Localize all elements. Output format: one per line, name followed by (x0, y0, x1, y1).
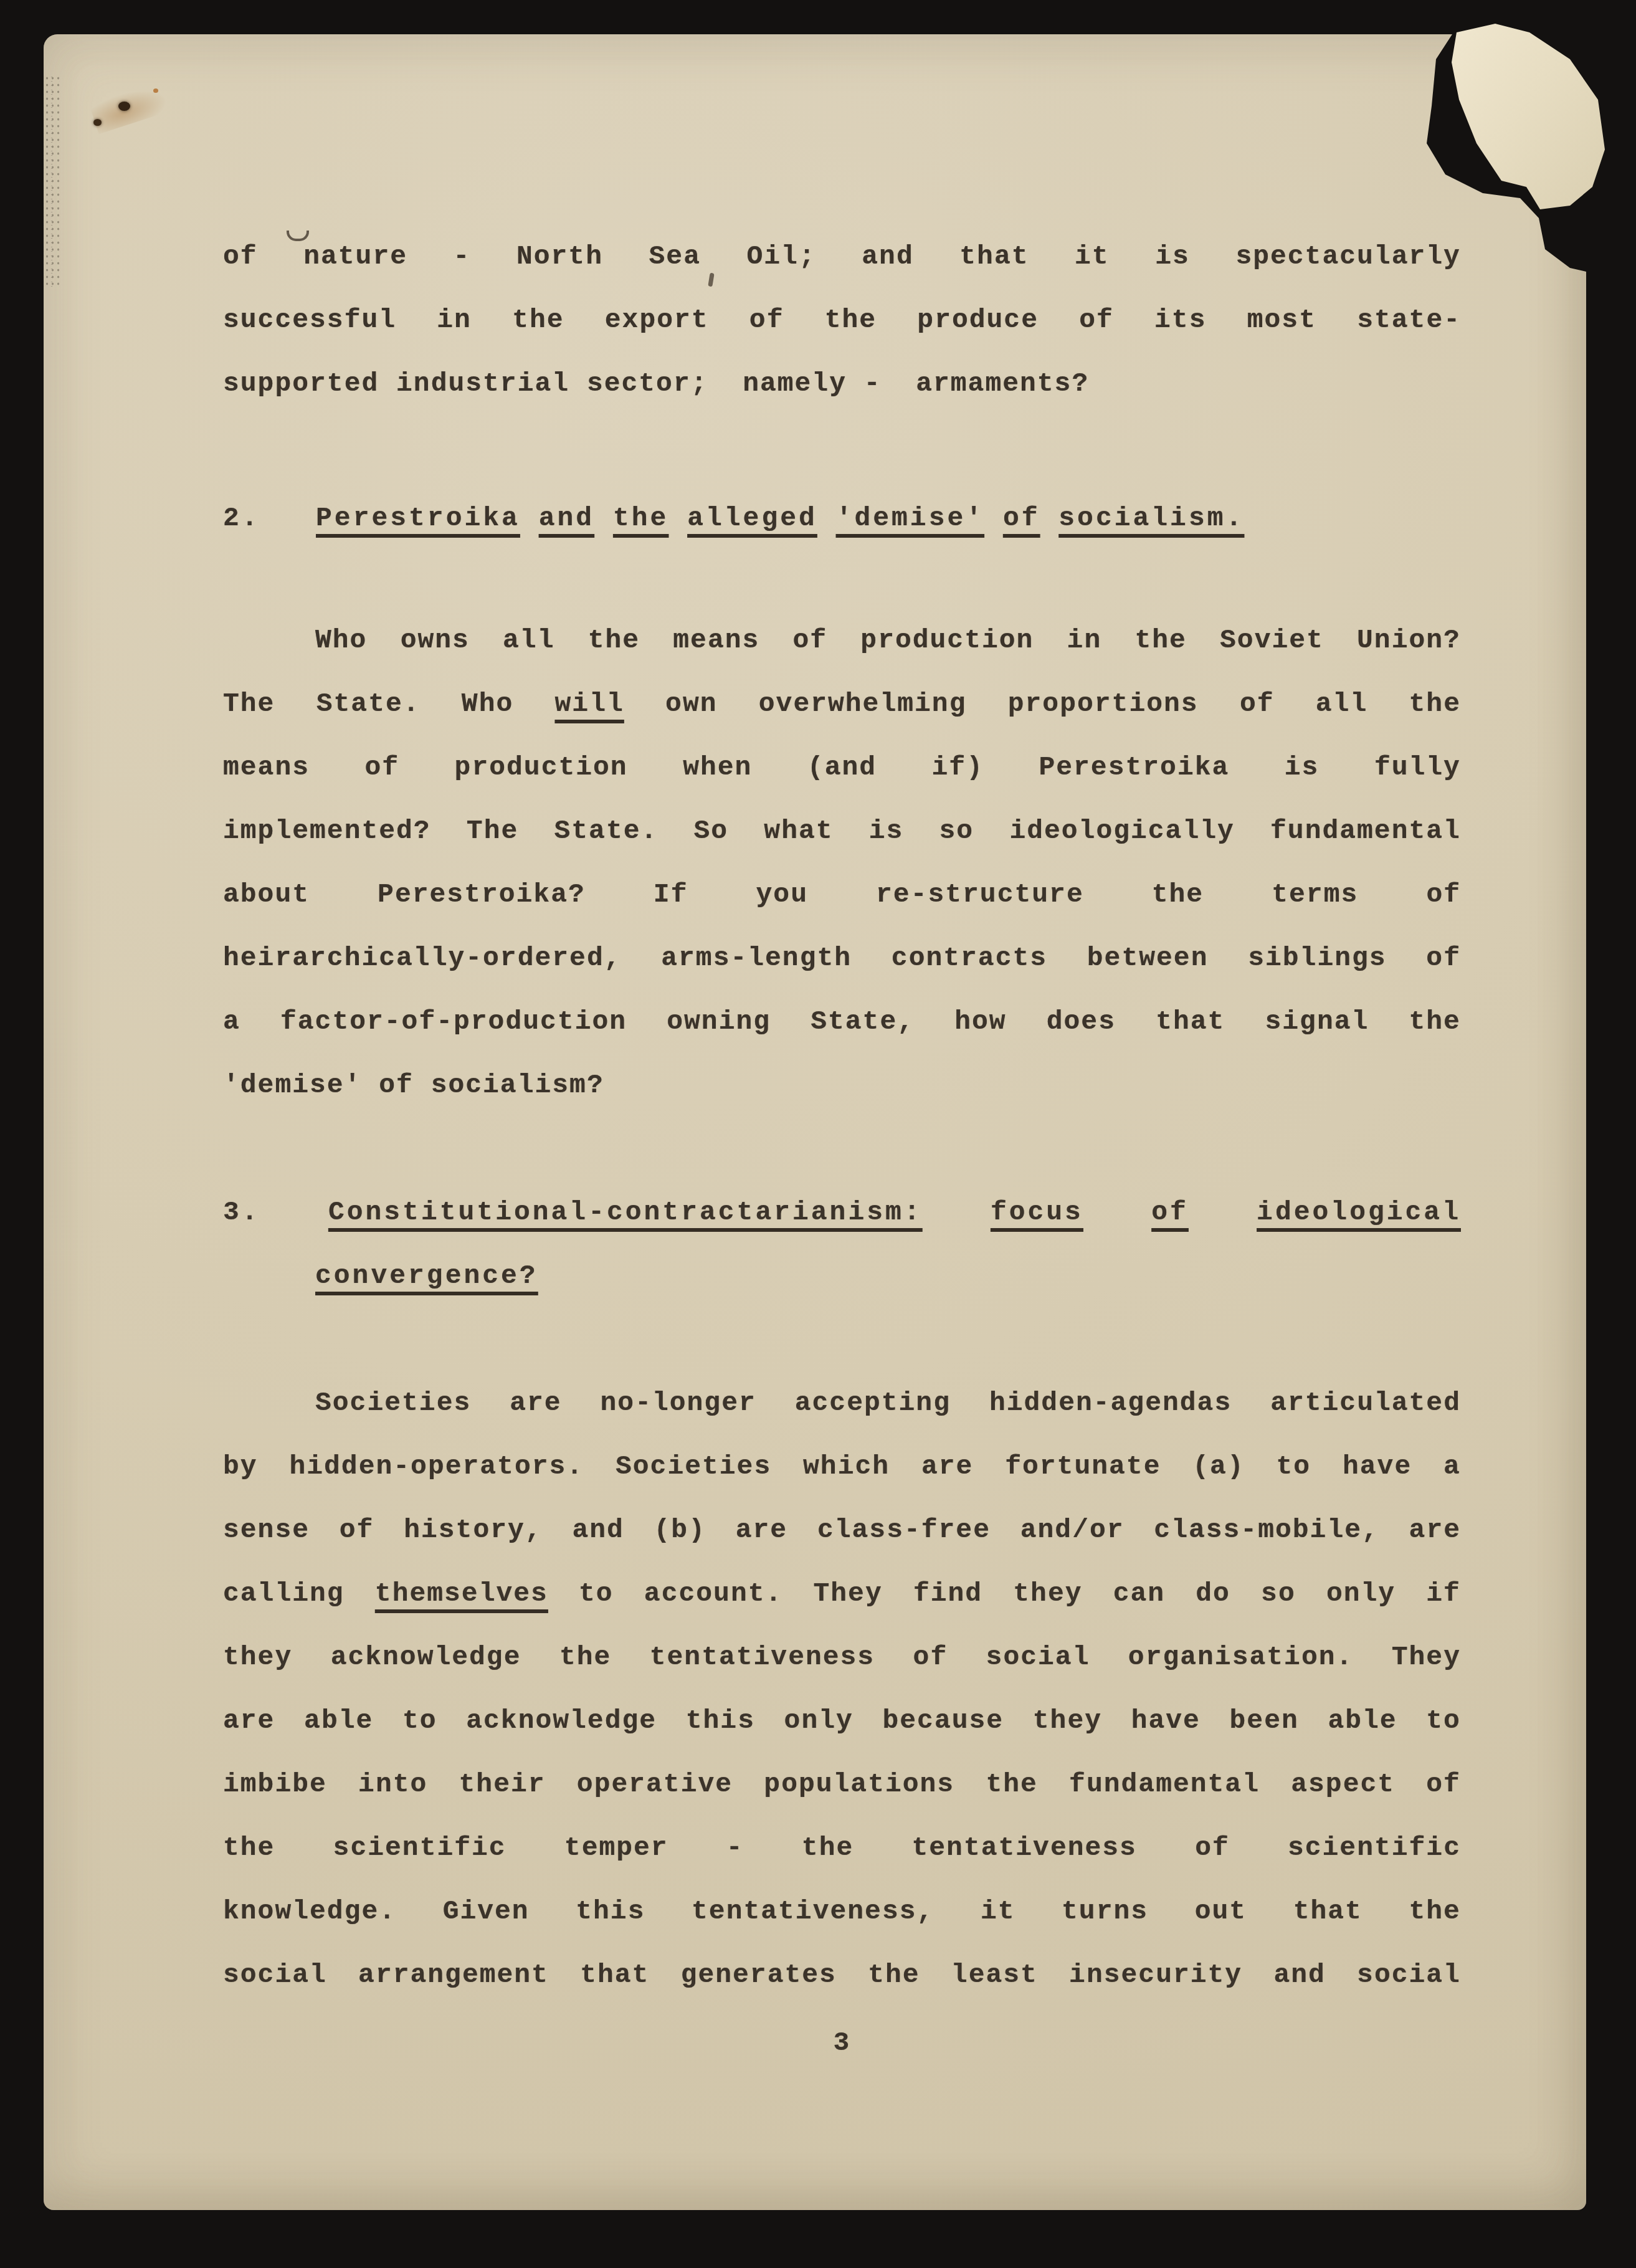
word: when (683, 736, 752, 799)
rust-stain-dot (118, 102, 130, 111)
word: only (1326, 1562, 1396, 1626)
word: hidden-operators. (289, 1435, 584, 1498)
word: least (951, 1943, 1038, 2007)
word: fundamental (1270, 799, 1461, 863)
word: social (1357, 1943, 1461, 2007)
word: to (402, 1689, 437, 1753)
word: and/or (1020, 1498, 1125, 1562)
text-line: aboutPerestroika?Ifyoure-structuretheter… (223, 863, 1461, 927)
word: to (1426, 1689, 1461, 1753)
text-line: successfulintheexportoftheproduceofitsmo… (223, 288, 1461, 352)
word: they (1033, 1689, 1102, 1753)
word: its (1154, 288, 1206, 352)
word: of (1240, 672, 1275, 736)
word: how (954, 990, 1006, 1054)
word: Who (315, 609, 367, 672)
word: Union? (1357, 609, 1461, 672)
word: what (764, 799, 833, 863)
word: re-structure (876, 863, 1084, 927)
word: operative (577, 1753, 733, 1816)
word: produce (917, 288, 1039, 352)
paragraph-3: Societiesareno-longeracceptinghidden-age… (223, 1371, 1461, 2007)
word: populations (764, 1753, 954, 1816)
word: nature (303, 225, 407, 288)
word: 3. (223, 1181, 260, 1244)
word: (b) (654, 1498, 706, 1562)
word: siblings (1248, 927, 1386, 990)
word: owns (401, 609, 470, 672)
underlined-text: of (1003, 503, 1040, 533)
text-line: meansofproductionwhen(andif)Perestroikai… (223, 736, 1461, 799)
word: between (1087, 927, 1209, 990)
word: acknowledge (466, 1689, 657, 1753)
word: They (1392, 1626, 1461, 1689)
word: that (580, 1943, 649, 2007)
word: their (459, 1753, 546, 1816)
word: the (1409, 672, 1461, 736)
word: are (736, 1498, 787, 1562)
word: arrangement (358, 1943, 549, 2007)
word: the (868, 1943, 920, 2007)
text-line: areabletoacknowledgethisonlybecausetheyh… (223, 1689, 1461, 1753)
text-line: afactor-of-productionowningState,howdoes… (223, 990, 1461, 1054)
word: no-longer (601, 1371, 756, 1435)
underlined-text: Perestroika (316, 503, 520, 533)
text-line: imbibeintotheiroperativepopulationsthefu… (223, 1753, 1461, 1816)
word: so (1261, 1562, 1296, 1626)
word: is (1285, 736, 1320, 799)
word: class-free (817, 1498, 991, 1562)
word: of (1426, 927, 1461, 990)
word: to (1277, 1435, 1311, 1498)
word: of (223, 225, 258, 288)
word: which (803, 1435, 890, 1498)
word: scientific (1288, 1816, 1461, 1880)
word: into (358, 1753, 427, 1816)
word: They (813, 1562, 882, 1626)
word: that (959, 225, 1029, 288)
word: sense (223, 1498, 310, 1562)
word: it (981, 1880, 1015, 1943)
text-line: 'demise' of socialism? (223, 1054, 1461, 1117)
text-line: 2. Perestroika and the alleged 'demise' … (223, 487, 1461, 550)
word: proportions (1008, 672, 1199, 736)
word: North (516, 225, 603, 288)
word: have (1343, 1435, 1412, 1498)
page-number: 3 (223, 2011, 1461, 2075)
word: the (825, 288, 877, 352)
word: of (340, 1498, 374, 1562)
word: fortunate (1005, 1435, 1161, 1498)
word: it (1075, 225, 1110, 288)
text-line: ofnature-NorthSeaOil;andthatitisspectacu… (223, 225, 1461, 288)
text-line: thescientifictemper-thetentativenessofsc… (223, 1816, 1461, 1880)
word: the (1134, 609, 1186, 672)
word: articulated (1270, 1371, 1461, 1435)
rust-speck (153, 88, 158, 93)
word: acknowledge (331, 1626, 521, 1689)
word: tentativeness, (692, 1880, 934, 1943)
word: The (223, 672, 275, 736)
word: terms (1272, 863, 1358, 927)
underlined-word: focus (991, 1181, 1083, 1244)
word: and (572, 1498, 624, 1562)
word: the (986, 1753, 1037, 1816)
word: own (665, 672, 717, 736)
text-line: convergence? (223, 1244, 1461, 1308)
text-line: senseofhistory,and(b)areclass-freeand/or… (223, 1498, 1461, 1562)
word: Societies (315, 1371, 471, 1435)
underlined-text: convergence? (315, 1260, 538, 1291)
word: all (503, 609, 554, 672)
text-line: heirarchically-ordered,arms-lengthcontra… (223, 927, 1461, 990)
section-3-heading: 3.Constitutional-contractarianism:focuso… (223, 1181, 1461, 1308)
text-line: Societiesareno-longeracceptinghidden-age… (223, 1371, 1461, 1435)
word: insecurity (1069, 1943, 1242, 2007)
word: means (673, 609, 759, 672)
word: the (1409, 990, 1461, 1054)
word: export (605, 288, 709, 352)
word: State. (554, 799, 658, 863)
word: by (223, 1435, 258, 1498)
word: find (913, 1562, 982, 1626)
word: a (223, 990, 240, 1054)
underlined-word: Constitutional-contractarianism: (328, 1181, 923, 1244)
word: if) (932, 736, 984, 799)
word: are (1409, 1498, 1461, 1562)
word: in (1067, 609, 1102, 672)
word: (and (807, 736, 877, 799)
word: successful (223, 288, 396, 352)
word: signal (1265, 990, 1369, 1054)
word: calling (223, 1562, 345, 1626)
word: of (913, 1626, 948, 1689)
word: a (1443, 1435, 1461, 1498)
word: are (223, 1689, 275, 1753)
word: fully (1374, 736, 1461, 799)
word: knowledge. (223, 1880, 396, 1943)
underlined-text: alleged (687, 503, 817, 533)
section-2-heading: 2. Perestroika and the alleged 'demise' … (223, 487, 1461, 550)
word: social (223, 1943, 327, 2007)
word: this (686, 1689, 755, 1753)
word: fundamental (1069, 1753, 1260, 1816)
word: owning (667, 990, 771, 1054)
word: implemented? (223, 799, 431, 863)
word: out (1195, 1880, 1247, 1943)
word: of (1195, 1816, 1230, 1880)
text-line: implemented?TheState.Sowhatissoideologic… (223, 799, 1461, 863)
word: generates (681, 1943, 837, 2007)
word: imbibe (223, 1753, 327, 1816)
word: social (986, 1626, 1090, 1689)
text-line: byhidden-operators.Societieswhicharefort… (223, 1435, 1461, 1498)
underlined-text: 'demise' (836, 503, 984, 533)
word: is (869, 799, 904, 863)
word: able (1328, 1689, 1397, 1753)
word: are (510, 1371, 561, 1435)
word: contracts (892, 927, 1047, 990)
text-line: TheState.Whowillownoverwhelmingproportio… (223, 672, 1461, 736)
word: account. (644, 1562, 782, 1626)
word: production (860, 609, 1034, 672)
word: in (437, 288, 472, 352)
word: of (1426, 1753, 1461, 1816)
word: is (1155, 225, 1190, 288)
underlined-text: and (539, 503, 594, 533)
word: state- (1357, 288, 1461, 352)
word: only (784, 1689, 854, 1753)
word: of (1079, 288, 1114, 352)
word: they (223, 1626, 292, 1689)
word: about (223, 863, 310, 927)
word: arms-length (661, 927, 852, 990)
word: - (726, 1816, 744, 1880)
typewritten-text: ofnature-NorthSeaOil;andthatitisspectacu… (223, 225, 1461, 2075)
word: means (223, 736, 310, 799)
underlined-word: of (1151, 1181, 1189, 1244)
underlined-word: themselves (375, 1562, 548, 1626)
word: Sea (649, 225, 701, 288)
text-line: socialarrangementthatgeneratestheleastin… (223, 1943, 1461, 2007)
word: to (579, 1562, 614, 1626)
word: tentativeness (650, 1626, 875, 1689)
word: - (454, 225, 471, 288)
word: been (1230, 1689, 1299, 1753)
word: State. (316, 672, 421, 736)
word: Soviet (1220, 609, 1324, 672)
word: and (1273, 1943, 1325, 2007)
underlined-word: will (555, 672, 624, 736)
word: production (455, 736, 628, 799)
word: (a) (1192, 1435, 1244, 1498)
word: and (862, 225, 913, 288)
word: factor-of-production (280, 990, 627, 1054)
underlined-text: socialism. (1058, 503, 1244, 533)
word: that (1293, 1880, 1363, 1943)
word: can (1113, 1562, 1165, 1626)
underlined-word: ideological (1257, 1181, 1461, 1244)
scanned-document: ofnature-NorthSeaOil;andthatitisspectacu… (0, 0, 1636, 2268)
underlined-text: the (613, 503, 668, 533)
word: scientific (333, 1816, 506, 1880)
word: the (588, 609, 640, 672)
word: Societies (616, 1435, 771, 1498)
text-line: callingthemselvestoaccount.Theyfindtheyc… (223, 1562, 1461, 1626)
text-line: supported industrial sector; namely - ar… (223, 352, 1461, 416)
word: organisation. (1128, 1626, 1353, 1689)
text-line: WhoownsallthemeansofproductionintheSovie… (223, 609, 1461, 672)
word: of (365, 736, 400, 799)
word: tentativeness (911, 1816, 1136, 1880)
word: Oil; (747, 225, 816, 288)
word: so (939, 799, 974, 863)
word: does (1047, 990, 1116, 1054)
word: class-mobile, (1154, 1498, 1379, 1562)
word: you (756, 863, 808, 927)
word: ideologically (1009, 799, 1234, 863)
word: of (749, 288, 784, 352)
word: do (1196, 1562, 1230, 1626)
word: the (223, 1816, 275, 1880)
word: of (1426, 863, 1461, 927)
word: hidden-agendas (989, 1371, 1232, 1435)
word: heirarchically-ordered, (223, 927, 622, 990)
word: the (1152, 863, 1204, 927)
word: If (654, 863, 688, 927)
scan-edge-speckle (39, 75, 60, 287)
word: spectacularly (1235, 225, 1460, 288)
word: State, (811, 990, 915, 1054)
word: overwhelming (759, 672, 967, 736)
word: Perestroika? (378, 863, 586, 927)
word: the (1409, 1880, 1460, 1943)
text-line: theyacknowledgethetentativenessofsocialo… (223, 1626, 1461, 1689)
text-line: 3.Constitutional-contractarianism:focuso… (223, 1181, 1461, 1244)
word: the (559, 1626, 611, 1689)
word: have (1131, 1689, 1201, 1753)
word: accepting (795, 1371, 951, 1435)
word: The (467, 799, 518, 863)
word: all (1316, 672, 1367, 736)
word: of (793, 609, 828, 672)
paragraph-1: ofnature-NorthSeaOil;andthatitisspectacu… (223, 225, 1461, 416)
word: aspect (1291, 1753, 1395, 1816)
word: they (1013, 1562, 1082, 1626)
word: this (576, 1880, 645, 1943)
word: turns (1062, 1880, 1148, 1943)
word: because (882, 1689, 1004, 1753)
word: history, (404, 1498, 542, 1562)
word: if (1426, 1562, 1461, 1626)
word: the (802, 1816, 854, 1880)
text-line: knowledge.Giventhistentativeness,itturns… (223, 1880, 1461, 1943)
word: able (304, 1689, 373, 1753)
word: Given (443, 1880, 530, 1943)
word: the (512, 288, 564, 352)
word: most (1247, 288, 1316, 352)
word: that (1156, 990, 1225, 1054)
word: temper (564, 1816, 668, 1880)
word: So (694, 799, 729, 863)
word: Who (462, 672, 513, 736)
word: are (921, 1435, 973, 1498)
rust-stain-dot (93, 119, 102, 126)
paragraph-2: WhoownsallthemeansofproductionintheSovie… (223, 609, 1461, 1117)
word: Perestroika (1039, 736, 1229, 799)
text-line: 3 (223, 2011, 1461, 2075)
